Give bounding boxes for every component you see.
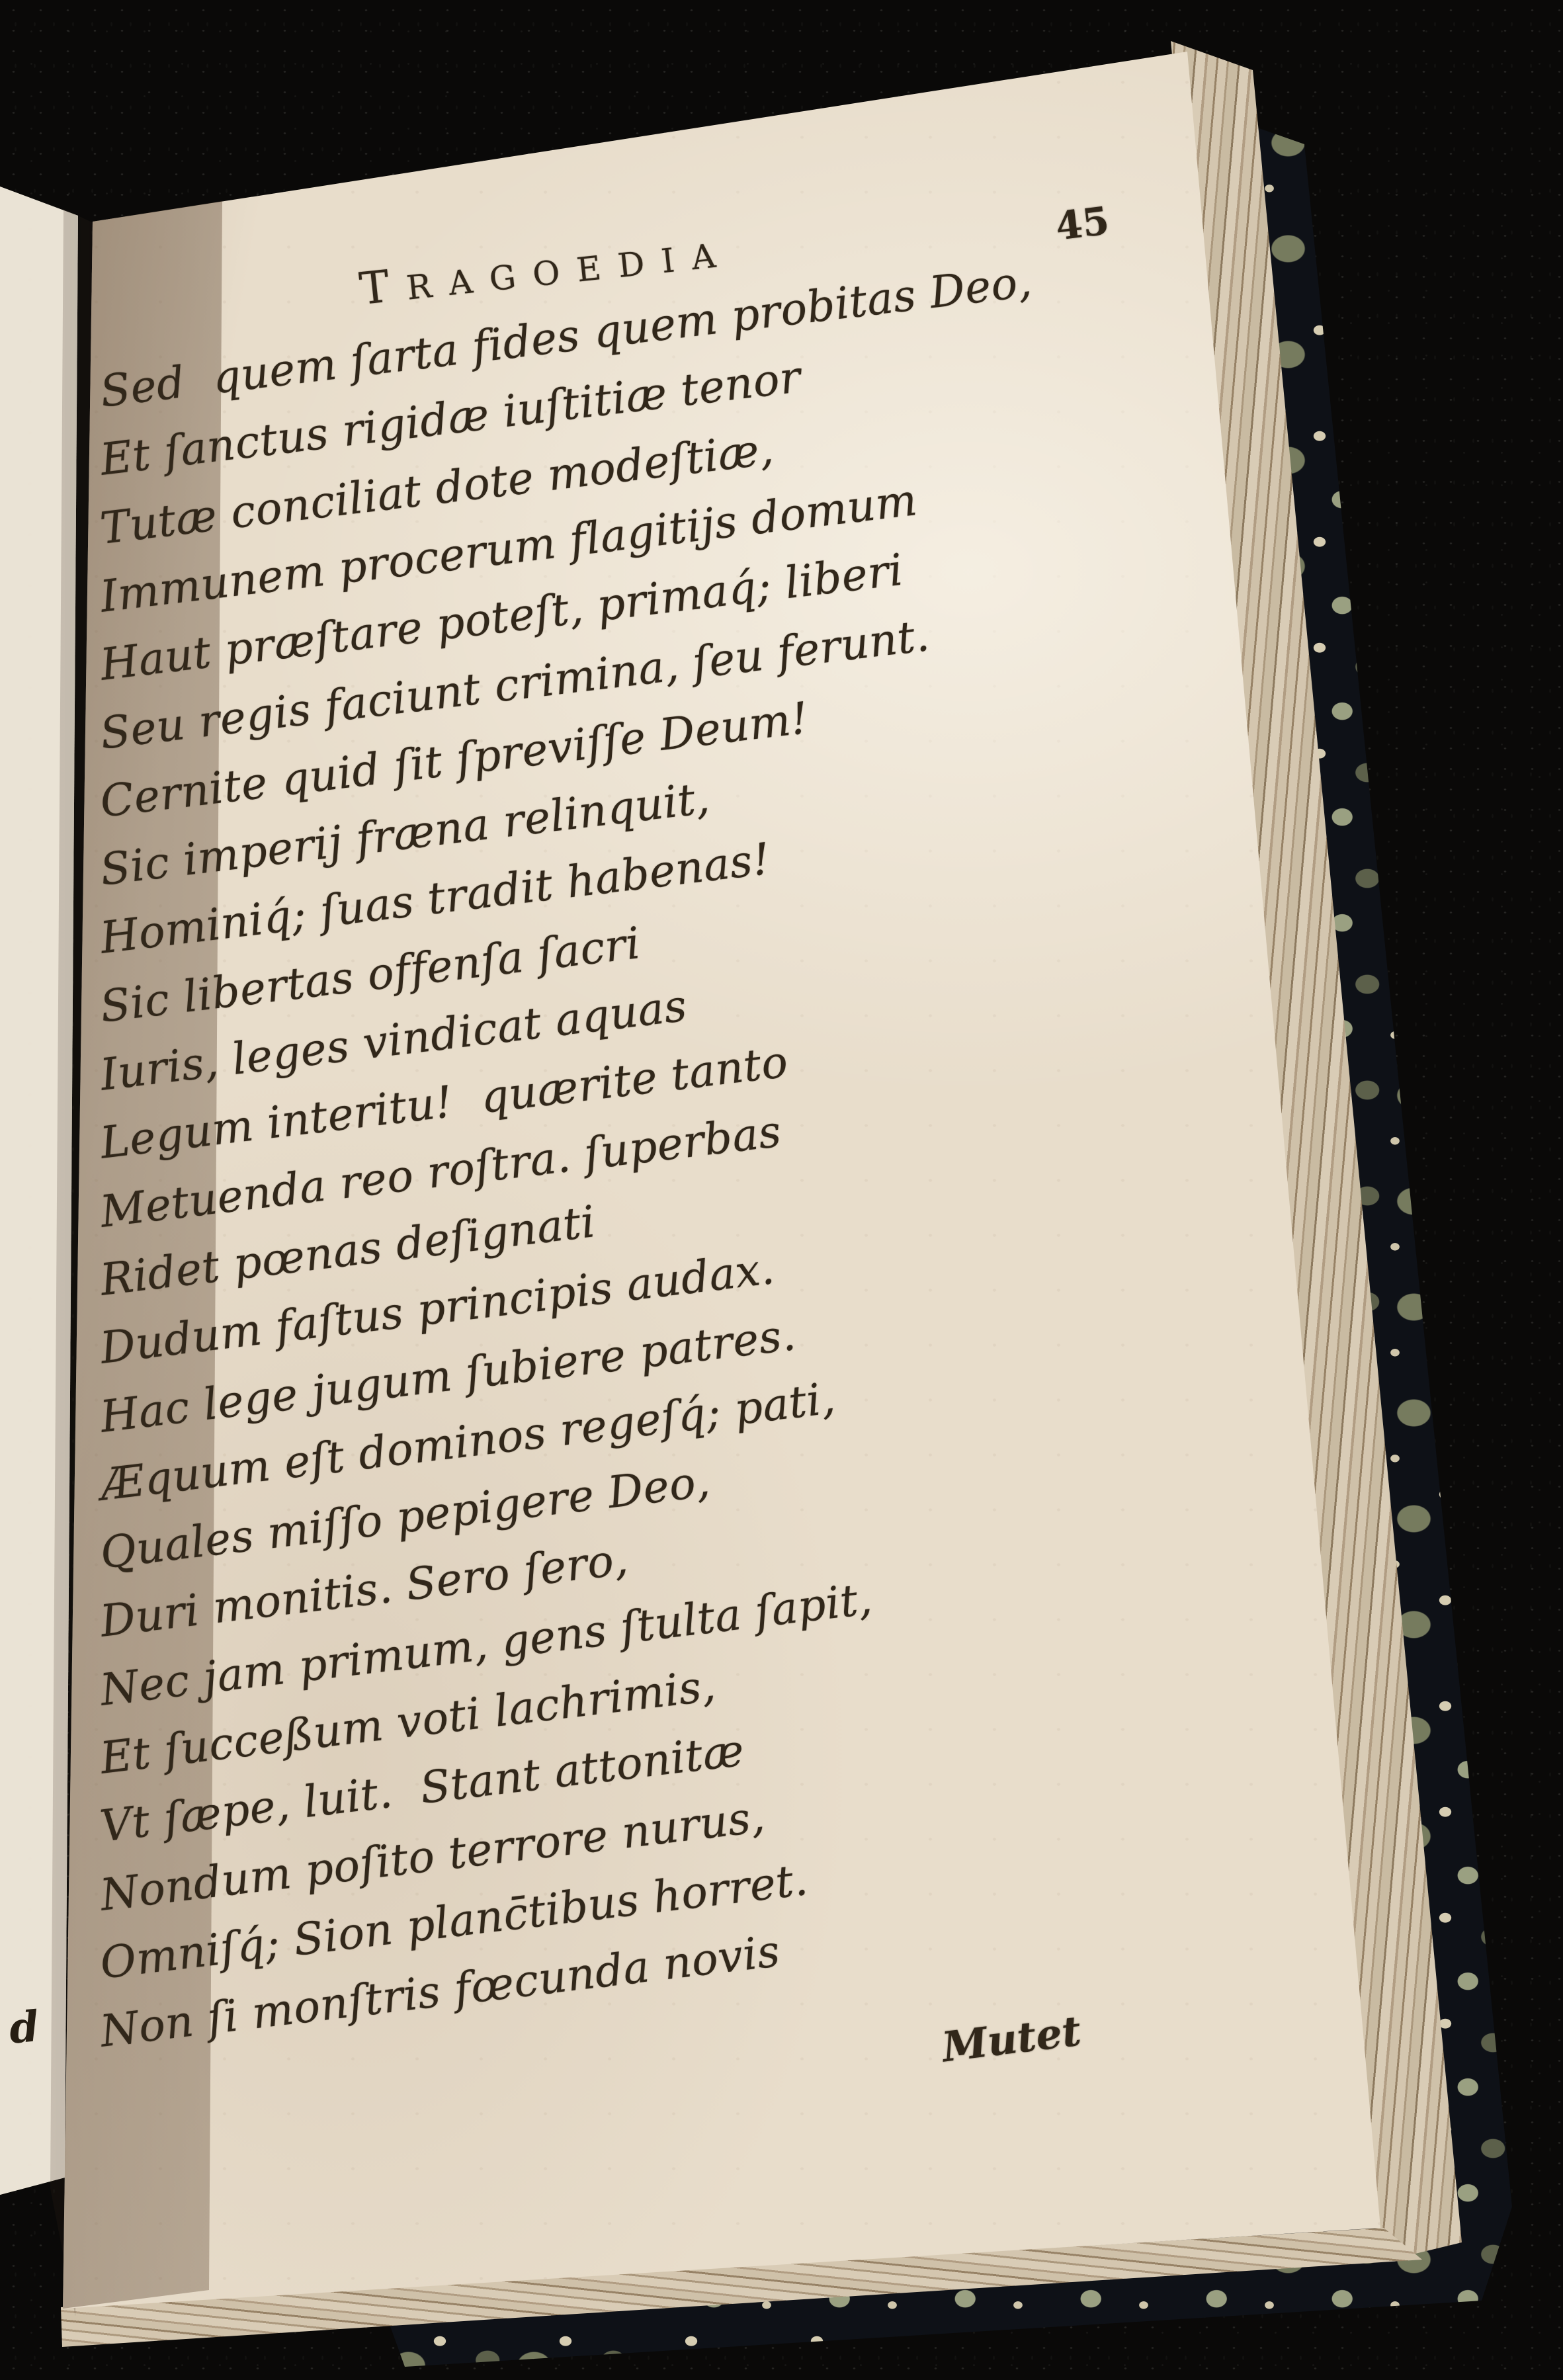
page-number: 45 [1053,198,1111,249]
photo-of-open-book: d Tragoedia 45 Sed quem ſarta fides quem… [0,0,1563,2380]
facing-page-catchword-fragment: d [7,2002,41,2054]
